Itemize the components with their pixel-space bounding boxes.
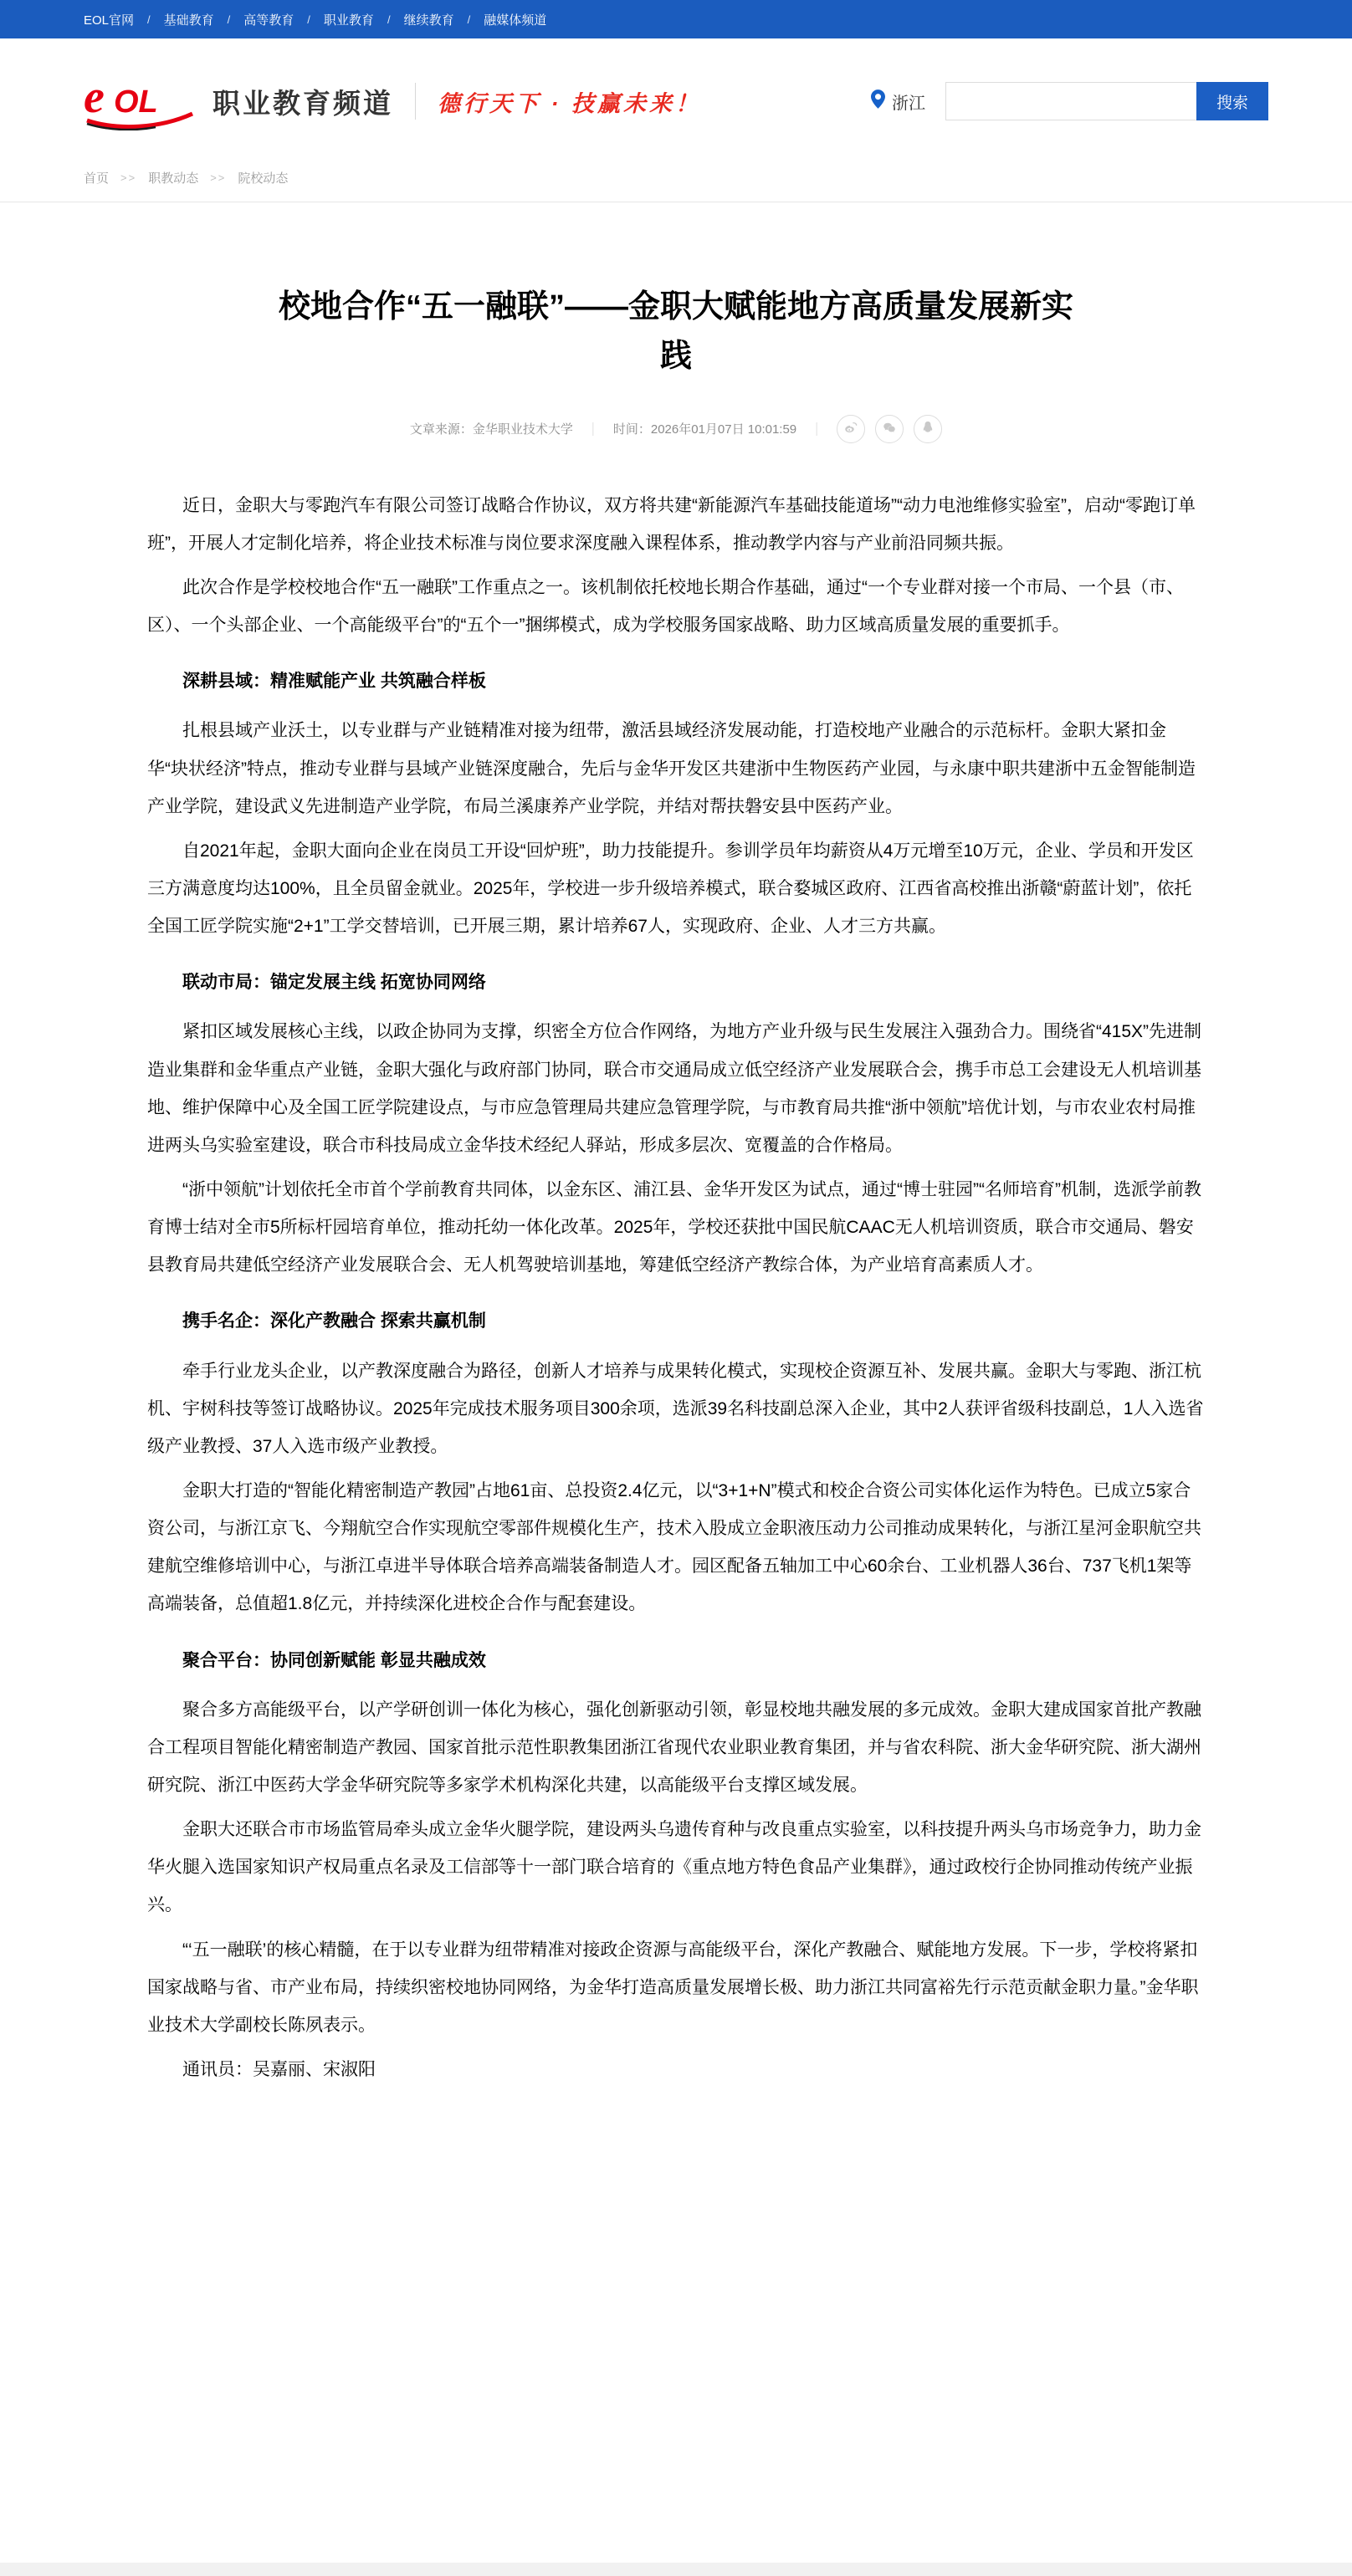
- section-heading: 联动市局：锚定发展主线 拓宽协同网络: [147, 963, 1205, 1001]
- section-heading: 深耕县域：精准赋能产业 共筑融合样板: [147, 662, 1205, 700]
- channel-name: 职业教育频道: [213, 82, 393, 121]
- topnav-item-basic-edu[interactable]: 基础教育: [164, 11, 214, 28]
- article-content: 近日，金职大与零跑汽车有限公司签订战略合作协议，双方将共建“新能源汽车基础技能道…: [147, 487, 1205, 2088]
- article-source: 文章来源：金华职业技术大学: [410, 420, 573, 437]
- article-paragraph: 金职大打造的“智能化精密制造产教园”占地61亩、总投资2.4亿元，以“3+1+N…: [147, 1472, 1205, 1623]
- article-paragraph: 金职大还联合市市场监管局牵头成立金华火腿学院，建设两头乌遗传育种与改良重点实验室…: [147, 1811, 1205, 1924]
- location-label: 浙江: [892, 89, 925, 114]
- svg-text:e: e: [84, 72, 105, 123]
- eol-logo[interactable]: e OL 职业教育频道: [84, 72, 393, 130]
- breadcrumb-separator: >>: [120, 171, 136, 184]
- article-paragraph: 牵手行业龙头企业，以产教深度融合为路径，创新人才培养与成果转化模式，实现校企资源…: [147, 1352, 1205, 1465]
- footer-strip: [0, 2563, 1352, 2576]
- article-paragraph: 近日，金职大与零跑汽车有限公司签订战略合作协议，双方将共建“新能源汽车基础技能道…: [147, 487, 1205, 562]
- slogan-text: 德行天下 · 技赢未来！: [438, 85, 701, 118]
- search-button[interactable]: 搜索: [1196, 82, 1268, 120]
- share-qq-button[interactable]: [914, 415, 942, 443]
- breadcrumb-home[interactable]: 首页: [84, 169, 109, 187]
- wechat-icon: [882, 420, 897, 438]
- article-paragraph: 自2021年起，金职大面向企业在岗员工开设“回炉班”，助力技能提升。参训学员年均…: [147, 832, 1205, 945]
- breadcrumb: 首页 >> 职教动态 >> 院校动态: [0, 169, 1352, 187]
- article-meta: 文章来源：金华职业技术大学 ｜ 时间：2026年01月07日 10:01:59 …: [147, 415, 1205, 443]
- topnav-separator: /: [228, 13, 231, 26]
- section-heading: 聚合平台：协同创新赋能 彰显共融成效: [147, 1642, 1205, 1679]
- share-buttons: [837, 415, 942, 443]
- site-header: e OL 职业教育频道 德行天下 · 技赢未来！ 浙江 搜索: [0, 38, 1352, 202]
- top-navigation-bar: EOL官网 / 基础教育 / 高等教育 / 职业教育 / 继续教育 / 融媒体频…: [0, 0, 1352, 38]
- article-paragraph: 紧扣区域发展核心主线，以政企协同为支撑，织密全方位合作网络，为地方产业升级与民生…: [147, 1013, 1205, 1164]
- meta-separator: ｜: [586, 419, 600, 438]
- topnav-item-continuing-edu[interactable]: 继续教育: [404, 11, 454, 28]
- topnav-item-media-channel[interactable]: 融媒体频道: [484, 11, 546, 28]
- article-paragraph: 扎根县域产业沃土，以专业群与产业链精准对接为纽带，激活县域经济发展动能，打造校地…: [147, 712, 1205, 825]
- qq-icon: [920, 420, 935, 438]
- topnav-separator: /: [147, 13, 151, 26]
- breadcrumb-vocational-news[interactable]: 职教动态: [148, 169, 198, 187]
- topnav-item-higher-edu[interactable]: 高等教育: [243, 11, 294, 28]
- meta-separator: ｜: [810, 419, 823, 438]
- topnav-separator: /: [468, 13, 471, 26]
- article-paragraph: 聚合多方高能级平台，以产学研创训一体化为核心，强化创新驱动引领，彰显校地共融发展…: [147, 1691, 1205, 1804]
- breadcrumb-school-news[interactable]: 院校动态: [238, 169, 288, 187]
- article-correspondent: 通讯员：吴嘉丽、宋淑阳: [147, 2051, 1205, 2088]
- svg-text:OL: OL: [114, 84, 158, 120]
- section-heading: 携手名企：深化产教融合 探索共赢机制: [147, 1302, 1205, 1340]
- location-selector[interactable]: 浙江: [871, 89, 925, 114]
- search-input[interactable]: [945, 82, 1196, 120]
- page-title: 校地合作“五一融联”——金职大赋能地方高质量发展新实践: [266, 283, 1086, 381]
- topnav-item-vocational-edu[interactable]: 职业教育: [324, 11, 374, 28]
- search-box: 搜索: [945, 82, 1268, 120]
- topnav-separator: /: [387, 13, 391, 26]
- article: 校地合作“五一融联”——金职大赋能地方高质量发展新实践 文章来源：金华职业技术大…: [147, 202, 1205, 2088]
- eol-logo-icon: e OL: [84, 72, 202, 130]
- article-paragraph: 此次合作是学校校地合作“五一融联”工作重点之一。该机制依托校地长期合作基础，通过…: [147, 569, 1205, 644]
- top-nav: EOL官网 / 基础教育 / 高等教育 / 职业教育 / 继续教育 / 融媒体频…: [0, 0, 1352, 38]
- location-pin-icon: [871, 89, 885, 113]
- article-paragraph: “浙中领航”计划依托全市首个学前教育共同体，以金东区、浦江县、金华开发区为试点，…: [147, 1171, 1205, 1284]
- weibo-icon: [843, 420, 858, 438]
- share-weibo-button[interactable]: [837, 415, 865, 443]
- share-wechat-button[interactable]: [875, 415, 904, 443]
- topnav-item-eol-home[interactable]: EOL官网: [84, 11, 134, 28]
- topnav-separator: /: [307, 13, 310, 26]
- header-divider: [415, 83, 416, 120]
- breadcrumb-separator: >>: [210, 171, 226, 184]
- article-paragraph: “‘五一融联’的核心精髓，在于以专业群为纽带精准对接政企资源与高能级平台，深化产…: [147, 1931, 1205, 2044]
- article-time: 时间：2026年01月07日 10:01:59: [613, 420, 796, 437]
